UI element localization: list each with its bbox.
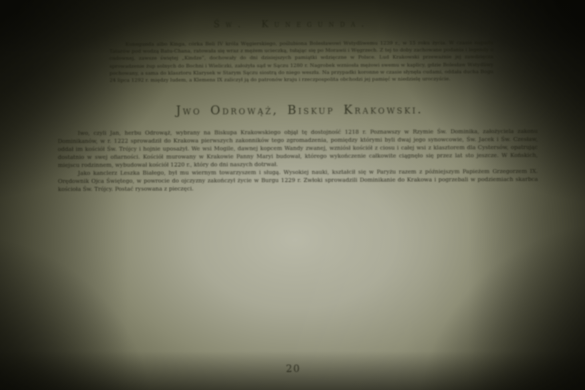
section-iwo-odrowaz-body: Iwo, czyli Jan, herbu Odrowąż, wybrany n… [58,128,538,194]
section-heading-sw-kunegunda: Św. Kunegunda. [0,19,584,32]
book-page-photo: Św. Kunegunda. Kunegunda albo Kinga, cór… [0,0,585,390]
page-content: Św. Kunegunda. Kunegunda albo Kinga, cór… [0,0,585,390]
page-number: 20 [1,363,585,377]
paragraph-iwo-2: Jako kanclerz Leszka Białego, był mu wie… [58,168,538,194]
paragraph-iwo-1: Iwo, czyli Jan, herbu Odrowąż, wybrany n… [58,128,538,170]
section-heading-iwo-odrowaz: Jwo Odrowąż, Biskup Krakowski. [0,102,585,119]
paragraph-kunegunda: Kunegunda albo Kinga, córka Beli IV król… [109,40,493,85]
